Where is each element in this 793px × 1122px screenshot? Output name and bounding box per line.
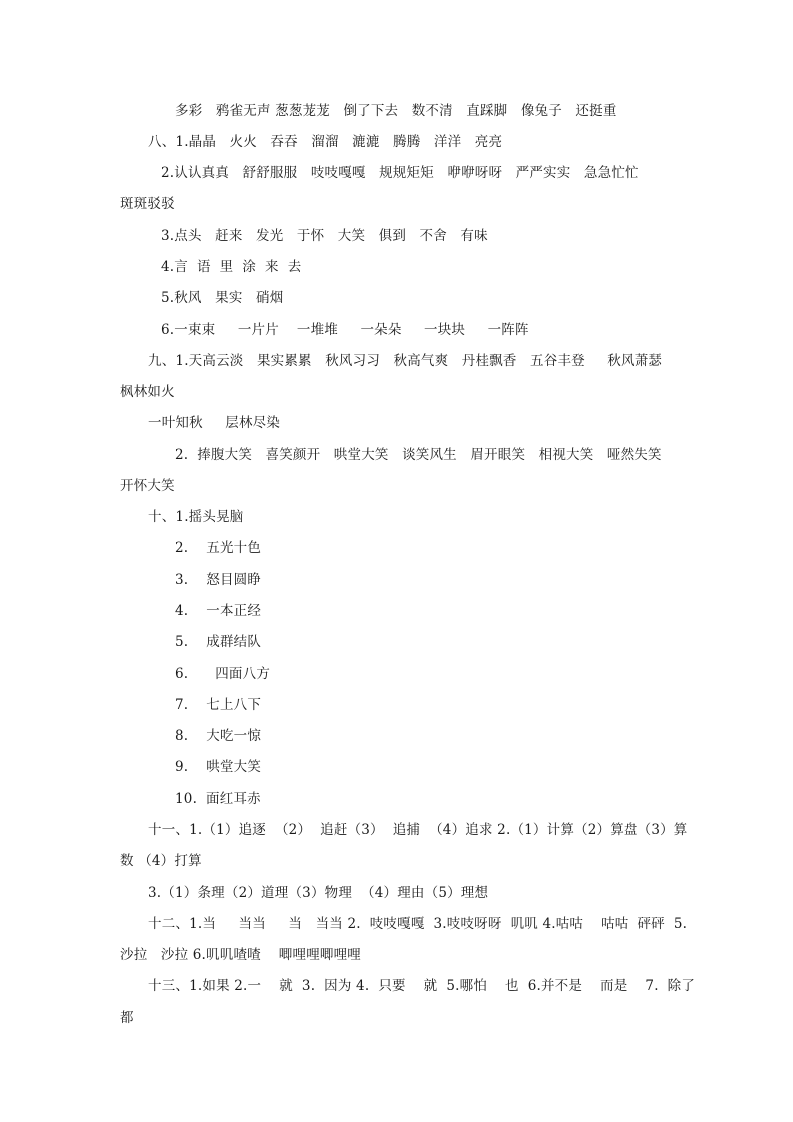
text-line-section-10-item-3: 3. 怒目圆睁: [175, 571, 735, 589]
text-line-section-13-cont: 都: [120, 1009, 680, 1027]
text-line-section-8-item-3: 3.点头 赶来 发光 于怀 大笑 俱到 不舍 有味: [161, 227, 721, 245]
text-line-section-9-item-1-cont2: 一叶知秋 层林尽染: [148, 414, 708, 432]
text-line-section-10-item-6: 6. 四面八方: [175, 665, 735, 683]
text-line-section-9-item-2-cont: 开怀大笑: [120, 477, 680, 495]
text-line-section-11-item-1: 十一、1.（1）追逐 （2） 追赶（3） 追捕 （4）追求 2.（1）计算（2）…: [148, 821, 708, 839]
document-page: 多彩 鸦雀无声 葱葱茏茏 倒了下去 数不清 直踩脚 像兔子 还挺重 八、1.晶晶…: [0, 0, 793, 1122]
text-line-continuation-7: 多彩 鸦雀无声 葱葱茏茏 倒了下去 数不清 直踩脚 像兔子 还挺重: [175, 102, 735, 120]
text-line-section-10-item-1: 十、1.摇头晃脑: [148, 508, 708, 526]
text-line-section-8-item-4: 4.言 语 里 涂 来 去: [161, 258, 721, 276]
text-line-section-8-item-5: 5.秋风 果实 硝烟: [161, 289, 721, 307]
text-line-section-12: 十二、1.当 当当 当 当当 2. 吱吱嘎嘎 3.吱吱呀呀 叽叽 4.咕咕 咕咕…: [148, 915, 708, 933]
text-line-section-9-item-1: 九、1.天高云淡 果实累累 秋风习习 秋高气爽 丹桂飘香 五谷丰登 秋风萧瑟: [148, 352, 708, 370]
text-line-section-10-item-10: 10. 面红耳赤: [175, 790, 735, 808]
text-line-section-11-item-3: 3.（1）条理（2）道理（3）物理 （4）理由（5）理想: [148, 884, 708, 902]
text-line-section-8-item-2: 2.认认真真 舒舒服服 吱吱嘎嘎 规规矩矩 咿咿呀呀 严严实实 急急忙忙: [161, 164, 721, 182]
text-line-section-10-item-2: 2. 五光十色: [175, 539, 735, 557]
text-line-section-8-item-2-cont: 斑斑驳驳: [120, 195, 680, 213]
text-line-section-9-item-2: 2. 捧腹大笑 喜笑颜开 哄堂大笑 谈笑风生 眉开眼笑 相视大笑 哑然失笑: [175, 446, 735, 464]
text-line-section-12-cont: 沙拉 沙拉 6.叽叽喳喳 唧哩哩唧哩哩: [120, 946, 680, 964]
text-line-section-8-item-1: 八、1.晶晶 火火 吞吞 溜溜 漉漉 腾腾 洋洋 亮亮: [148, 133, 708, 151]
text-line-section-10-item-4: 4. 一本正经: [175, 602, 735, 620]
text-line-section-10-item-8: 8. 大吃一惊: [175, 727, 735, 745]
text-line-section-11-item-1-cont: 数 （4）打算: [120, 852, 680, 870]
text-line-section-10-item-9: 9. 哄堂大笑: [175, 758, 735, 776]
text-line-section-13: 十三、1.如果 2.一 就 3. 因为 4. 只要 就 5.哪怕 也 6.并不是…: [148, 977, 708, 995]
text-line-section-8-item-6: 6.一束束 一片片 一堆堆 一朵朵 一块块 一阵阵: [161, 321, 721, 339]
text-line-section-10-item-7: 7. 七上八下: [175, 696, 735, 714]
text-line-section-9-item-1-cont: 枫林如火: [120, 383, 680, 401]
text-line-section-10-item-5: 5. 成群结队: [175, 633, 735, 651]
